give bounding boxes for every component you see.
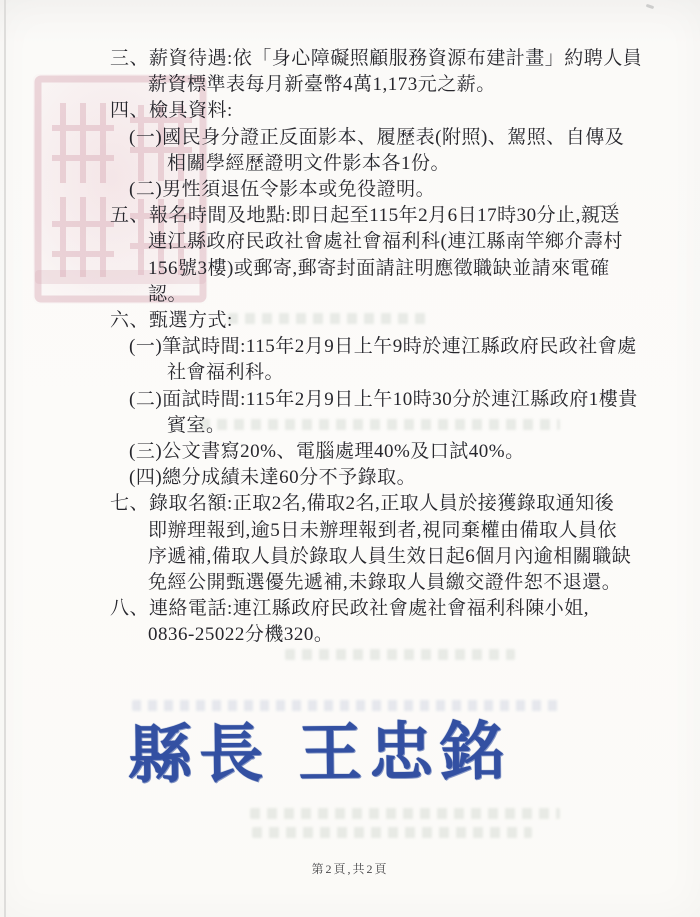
document-body: 三、薪資待遇:依「身心障礙照顧服務資源布建計畫」約聘人員 薪資標準表每月新臺幣4… bbox=[110, 46, 662, 649]
doc-line-written-test: (一)筆試時間:115年2月9日上午9時於連江縣政府民政社會處 bbox=[129, 334, 662, 360]
page-footer: 第2頁,共2頁 bbox=[0, 860, 700, 877]
bleed-through-mark bbox=[285, 649, 515, 660]
doc-line-registration-cont3: 認。 bbox=[148, 282, 662, 308]
doc-line-written-test-cont: 社會福利科。 bbox=[167, 360, 662, 386]
doc-line-selection-method: 六、甄選方式: bbox=[110, 308, 662, 334]
bleed-through-mark bbox=[252, 827, 532, 838]
doc-line-quota: 七、錄取名額:正取2名,備取2名,正取人員於接獲錄取通知後 bbox=[110, 491, 662, 517]
doc-line-quota-cont1: 即辦理報到,逾5日未辦理報到者,視同棄權由備取人員依 bbox=[148, 518, 662, 544]
signature-name: 王忠銘 bbox=[298, 716, 512, 789]
scanned-document-page: 三、薪資待遇:依「身心障礙照顧服務資源布建計畫」約聘人員 薪資標準表每月新臺幣4… bbox=[0, 0, 700, 917]
doc-line-passing-score: (四)總分成績未達60分不予錄取。 bbox=[129, 465, 662, 491]
doc-line-documents-item1: (一)國民身分證正反面影本、履歷表(附照)、駕照、自傳及 bbox=[129, 125, 662, 151]
doc-line-registration-cont2: 156號3樓)或郵寄,郵寄封面請註明應徵職缺並請來電確 bbox=[148, 256, 662, 282]
scan-edge-artifact bbox=[4, 0, 6, 917]
doc-line-required-documents: 四、檢具資料: bbox=[110, 98, 662, 124]
scan-speck-artifact bbox=[646, 4, 655, 9]
doc-line-documents-item1-cont: 相關學經歷證明文件影本各1份。 bbox=[167, 151, 662, 177]
doc-line-registration: 五、報名時間及地點:即日起至115年2月6日17時30分止,親送 bbox=[110, 203, 662, 229]
doc-line-scoring: (三)公文書寫20%、電腦處理40%及口試40%。 bbox=[129, 439, 662, 465]
doc-line-interview: (二)面試時間:115年2月9日上午10時30分於連江縣政府1樓貴 bbox=[129, 387, 662, 413]
doc-line-quota-cont2: 序遞補,備取人員於錄取人員生效日起6個月內逾相關職缺 bbox=[148, 544, 662, 570]
signature-title: 縣長 bbox=[128, 719, 271, 791]
magistrate-signature: 縣長王忠銘 bbox=[128, 700, 512, 796]
doc-line-salary-cont: 薪資標準表每月新臺幣4萬1,173元之薪。 bbox=[148, 72, 662, 98]
doc-line-quota-cont3: 免經公開甄選優先遞補,未錄取人員繳交證件恕不退還。 bbox=[148, 570, 662, 596]
doc-line-salary: 三、薪資待遇:依「身心障礙照顧服務資源布建計畫」約聘人員 bbox=[110, 46, 662, 72]
doc-line-documents-item2: (二)男性須退伍令影本或免役證明。 bbox=[129, 177, 662, 203]
doc-line-contact-cont: 0836-25022分機320。 bbox=[148, 622, 662, 648]
bleed-through-mark bbox=[250, 808, 560, 819]
doc-line-registration-cont1: 連江縣政府民政社會處社會福利科(連江縣南竿鄉介壽村 bbox=[148, 229, 662, 255]
doc-line-contact: 八、連絡電話:連江縣政府民政社會處社會福利科陳小姐, bbox=[110, 596, 662, 622]
doc-line-interview-cont: 賓室。 bbox=[167, 413, 662, 439]
